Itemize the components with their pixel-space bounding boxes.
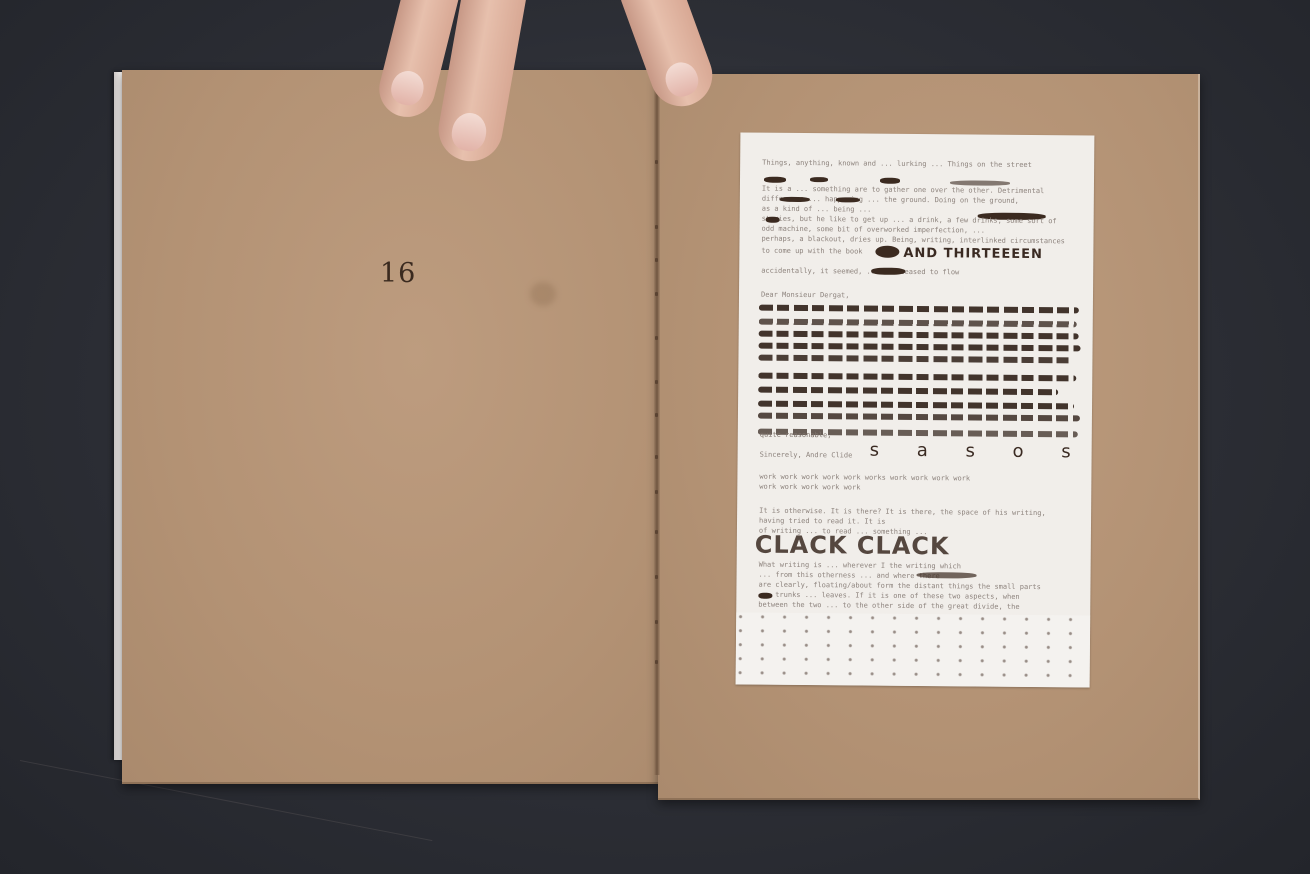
redaction-line (759, 343, 1081, 352)
fingernail (449, 110, 489, 153)
redaction-line (759, 331, 1079, 340)
stitch-hole (655, 225, 658, 229)
stitch-hole (655, 336, 658, 340)
redaction-line (759, 319, 1077, 328)
typed-line: work work work work work (759, 483, 1077, 495)
stitch-hole (655, 575, 658, 579)
typed-line: accidentally, it seemed, ... had ceased … (761, 267, 1079, 279)
ink-blot (766, 217, 780, 223)
smudged-bottom-area (736, 612, 1091, 687)
ink-blot (917, 572, 977, 579)
letter-salutation: Dear Monsieur Dergat, (761, 291, 1079, 303)
redaction-line (758, 413, 1080, 422)
ink-blot (764, 177, 786, 183)
redaction-line (759, 305, 1079, 314)
book-gutter (654, 70, 660, 775)
ink-blot (780, 197, 810, 202)
stitch-hole (655, 258, 658, 262)
fingernail (661, 58, 703, 101)
photo-scene: 16 Things, anything, known and ... lurki… (0, 0, 1310, 874)
ink-blot (758, 593, 772, 599)
handwritten-clack-clack: CLACK CLACK (755, 531, 950, 561)
stitch-hole (655, 380, 658, 384)
stitch-hole (655, 413, 658, 417)
redaction-line (758, 355, 1073, 364)
handwritten-sasos: s a s o s (870, 440, 1087, 463)
redaction-line (758, 373, 1076, 382)
redaction-line (758, 401, 1074, 410)
ink-blot (810, 177, 828, 182)
stitch-hole (655, 530, 658, 534)
stitch-hole (655, 620, 658, 624)
typed-line: to come up with the book (761, 247, 883, 257)
stitch-hole (655, 160, 658, 164)
ink-blot (871, 268, 905, 275)
ink-blot (950, 180, 1010, 186)
stitch-hole (655, 292, 658, 296)
stitch-hole (655, 490, 658, 494)
ink-blot (880, 178, 900, 184)
typewritten-insert: Things, anything, known and ... lurking … (736, 132, 1095, 687)
typed-line: Things, anything, known and ... lurking … (762, 159, 1080, 171)
page-number: 16 (380, 258, 416, 289)
stitch-hole (655, 660, 658, 664)
paper-stain (530, 282, 556, 306)
typed-line: perhaps, a blackout, dries up. Being, wr… (761, 235, 1079, 247)
stitch-hole (655, 455, 658, 459)
typed-line: between the two ... to the other side of… (758, 601, 1076, 613)
ink-blot (875, 246, 899, 258)
ink-blot (836, 197, 860, 202)
redaction-line (758, 387, 1058, 396)
fingernail (388, 68, 427, 109)
left-page (122, 70, 658, 784)
handwritten-and-thirteen: AND THIRTEEEEN (903, 246, 1043, 262)
